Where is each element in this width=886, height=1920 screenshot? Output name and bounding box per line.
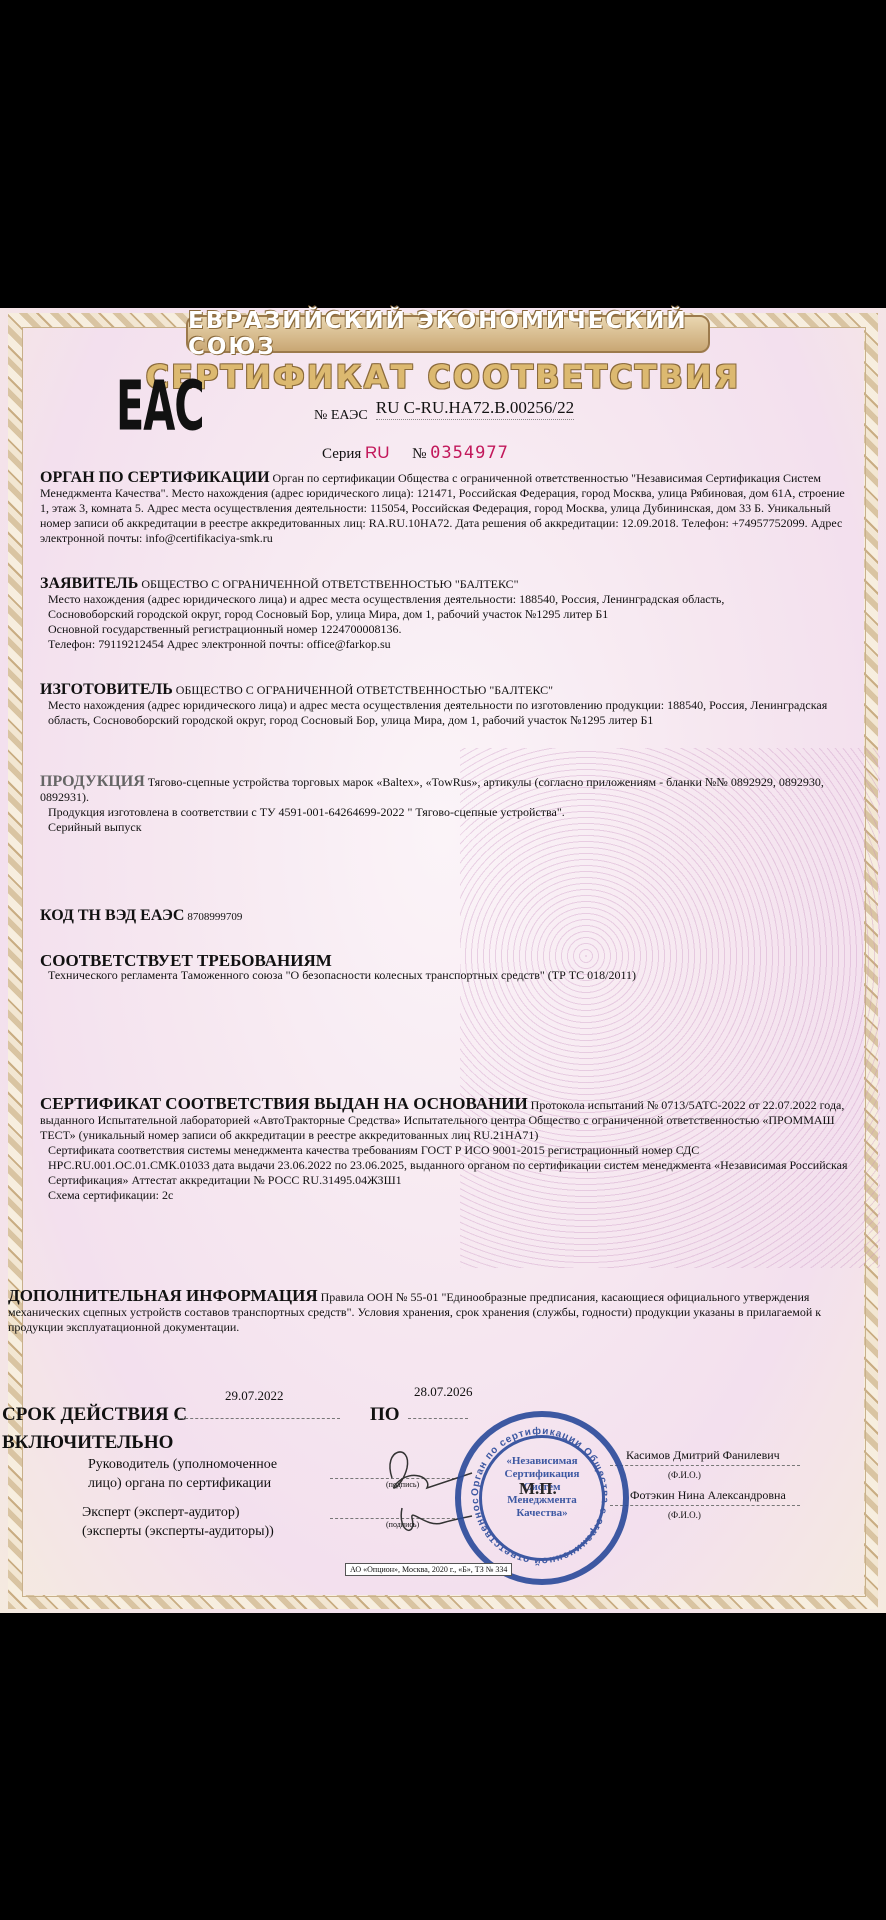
stamp-mp-label: М.П.: [519, 1479, 557, 1499]
validity-inclusive-label: ВКЛЮЧИТЕЛЬНО: [2, 1432, 173, 1454]
expert-label-line: (эксперты (эксперты-аудиторы)): [82, 1522, 274, 1541]
applicant-name: ОБЩЕСТВО С ОГРАНИЧЕННОЙ ОТВЕТСТВЕННОСТЬЮ…: [141, 577, 518, 591]
validity-from-label: СРОК ДЕЙСТВИЯ С: [2, 1404, 187, 1426]
manufacturer-section: ИЗГОТОВИТЕЛЬ ОБЩЕСТВО С ОГРАНИЧЕННОЙ ОТВ…: [40, 682, 850, 728]
applicant-line: Телефон: 79119212454 Адрес электронной п…: [40, 637, 850, 652]
tn-ved-heading: КОД ТН ВЭД ЕАЭС: [40, 907, 184, 924]
product-spec: Продукция изготовлена в соответствии с Т…: [40, 805, 850, 820]
manufacturer-text: Место нахождения (адрес юридического лиц…: [40, 698, 850, 728]
head-label-line: Руководитель (уполномоченное: [88, 1455, 277, 1474]
basis-scheme: Схема сертификации: 2с: [40, 1188, 850, 1203]
applicant-line: Место нахождения (адрес юридического лиц…: [40, 592, 850, 607]
manufacturer-name: ОБЩЕСТВО С ОГРАНИЧЕННОЙ ОТВЕТСТВЕННОСТЬЮ…: [176, 683, 553, 697]
product-release: Серийный выпуск: [40, 820, 850, 835]
head-label-line: лицо) органа по сертификации: [88, 1474, 277, 1493]
applicant-line: Сосновоборский городской округ, город Со…: [40, 607, 850, 622]
validity-from-date: 29.07.2022: [225, 1388, 284, 1404]
additional-heading: ДОПОЛНИТЕЛЬНАЯ ИНФОРМАЦИЯ: [8, 1286, 318, 1305]
basis-qms-certificate: Сертификата соответствия системы менеджм…: [40, 1143, 850, 1188]
head-name: Касимов Дмитрий Фанилевич: [626, 1448, 780, 1463]
validity-to-date: 28.07.2026: [414, 1384, 473, 1400]
conformity-heading: СООТВЕТСТВУЕТ ТРЕБОВАНИЯМ: [40, 953, 850, 968]
product-heading: ПРОДУКЦИЯ: [40, 773, 145, 790]
blank-no-label: №: [412, 446, 426, 462]
validity-to-line: [408, 1418, 468, 1419]
validity-from-line: [175, 1418, 340, 1419]
printer-note: АО «Опцион», Москва, 2020 г., «Б», ТЗ № …: [345, 1563, 512, 1576]
expert-signatory-label: Эксперт (эксперт-аудитор) (эксперты (экс…: [82, 1503, 274, 1541]
conformity-text: Технического регламента Таможенного союз…: [40, 968, 850, 983]
number-label: № ЕАЭС: [314, 408, 368, 423]
expert-fio-caption: (Ф.И.О.): [668, 1510, 701, 1520]
expert-label-line: Эксперт (эксперт-аудитор): [82, 1503, 274, 1522]
applicant-line: Основной государственный регистрационный…: [40, 622, 850, 637]
applicant-section: ЗАЯВИТЕЛЬ ОБЩЕСТВО С ОГРАНИЧЕННОЙ ОТВЕТС…: [40, 576, 850, 652]
head-signatory-label: Руководитель (уполномоченное лицо) орган…: [88, 1455, 277, 1493]
head-name-line: [610, 1465, 800, 1466]
series-label: Серия: [322, 446, 361, 462]
applicant-heading: ЗАЯВИТЕЛЬ: [40, 575, 138, 592]
basis-section: СЕРТИФИКАТ СООТВЕТСТВИЯ ВЫДАН НА ОСНОВАН…: [40, 1096, 850, 1203]
certificate-document: ЕВРАЗИЙСКИЙ ЭКОНОМИЧЕСКИЙ СОЮЗ СЕРТИФИКА…: [0, 308, 886, 1613]
official-stamp-icon: Орган по сертификации Общества с огранич…: [455, 1411, 629, 1585]
blank-no-value: 0354977: [430, 443, 509, 463]
additional-info-section: ДОПОЛНИТЕЛЬНАЯ ИНФОРМАЦИЯ Правила ООН № …: [8, 1288, 838, 1335]
union-banner: ЕВРАЗИЙСКИЙ ЭКОНОМИЧЕСКИЙ СОЮЗ: [186, 315, 710, 353]
tn-ved-section: КОД ТН ВЭД ЕАЭС 8708999709: [40, 908, 850, 925]
validity-to-label: ПО: [370, 1404, 400, 1426]
manufacturer-heading: ИЗГОТОВИТЕЛЬ: [40, 681, 173, 698]
expert-name: Фотэкин Нина Александровна: [630, 1488, 786, 1503]
head-fio-caption: (Ф.И.О.): [668, 1470, 701, 1480]
stamp-line: «Независимая: [461, 1455, 623, 1468]
series-value: RU: [365, 443, 390, 462]
number-value: RU C-RU.HA72.B.00256/22: [376, 398, 574, 420]
stamp-line: Качества»: [461, 1507, 623, 1520]
certificate-number: № ЕАЭС RU C-RU.HA72.B.00256/22: [314, 404, 574, 424]
series-row: Серия RU № 0354977: [322, 443, 509, 463]
basis-heading: СЕРТИФИКАТ СООТВЕТСТВИЯ ВЫДАН НА ОСНОВАН…: [40, 1094, 528, 1113]
tn-ved-value: 8708999709: [187, 911, 242, 923]
expert-name-line: [610, 1505, 800, 1506]
product-section: ПРОДУКЦИЯ Тягово-сцепные устройства торг…: [40, 774, 850, 835]
certification-body-heading: ОРГАН ПО СЕРТИФИКАЦИИ: [40, 469, 270, 486]
certification-body-section: ОРГАН ПО СЕРТИФИКАЦИИ Орган по сертифика…: [40, 470, 850, 546]
product-text: Тягово-сцепные устройства торговых марок…: [40, 775, 824, 804]
conformity-section: СООТВЕТСТВУЕТ ТРЕБОВАНИЯМ Технического р…: [40, 953, 850, 983]
eac-mark-icon: ЕАС: [116, 365, 204, 446]
